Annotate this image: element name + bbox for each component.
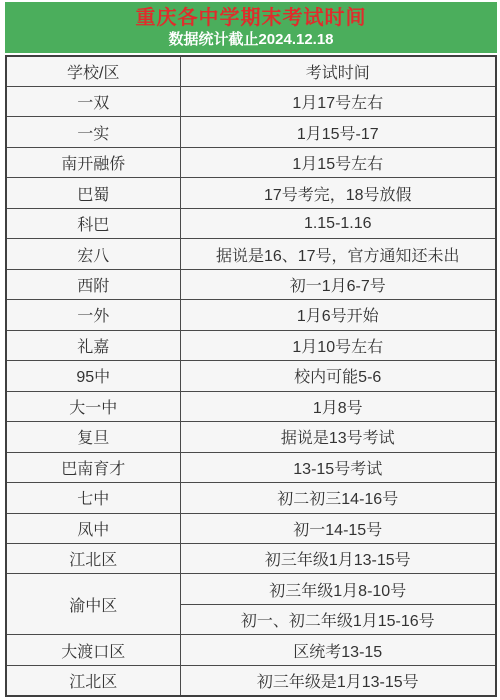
school-cell: 一双 xyxy=(6,86,180,116)
table-row: 凤中 初一14-15号 xyxy=(6,513,496,543)
table-row: 南开融侨 1月15号左右 xyxy=(6,147,496,177)
time-cell: 13-15号考试 xyxy=(180,452,496,482)
table-row: 一外 1月6号开始 xyxy=(6,300,496,330)
table-row: 江北区 初三年级1月13-15号 xyxy=(6,544,496,574)
table-row: 一实 1月15号-17 xyxy=(6,117,496,147)
time-cell: 据说是16、17号，官方通知还未出 xyxy=(180,239,496,269)
table-row: 大渡口区 区统考13-15 xyxy=(6,635,496,665)
table-row: 巴南育才 13-15号考试 xyxy=(6,452,496,482)
table-row: 礼嘉 1月10号左右 xyxy=(6,330,496,360)
time-cell: 初一1月6-7号 xyxy=(180,269,496,299)
school-cell: 大渡口区 xyxy=(6,635,180,665)
table-row: 宏八 据说是16、17号，官方通知还未出 xyxy=(6,239,496,269)
exam-table: 学校/区 考试时间 一双 1月17号左右 一实 1月15号-17 南开融侨 1月… xyxy=(5,55,497,697)
table-header-row: 学校/区 考试时间 xyxy=(6,56,496,86)
time-cell: 初三年级1月8-10号 xyxy=(180,574,496,604)
table-row: 大一中 1月8号 xyxy=(6,391,496,421)
time-cell: 初三年级是1月13-15号 xyxy=(180,665,496,696)
school-cell: 宏八 xyxy=(6,239,180,269)
table-row: 渝中区 初三年级1月8-10号 xyxy=(6,574,496,604)
table-row: 巴蜀 17号考完，18号放假 xyxy=(6,178,496,208)
table-row: 科巴 1.15-1.16 xyxy=(6,208,496,238)
page-subtitle: 数据统计截止2024.12.18 xyxy=(168,31,333,49)
school-cell: 江北区 xyxy=(6,544,180,574)
time-cell: 1月6号开始 xyxy=(180,300,496,330)
school-cell: 科巴 xyxy=(6,208,180,238)
time-cell: 区统考13-15 xyxy=(180,635,496,665)
page-title: 重庆各中学期末考试时间 xyxy=(136,6,367,31)
table-row: 西附 初一1月6-7号 xyxy=(6,269,496,299)
banner: 重庆各中学期末考试时间 数据统计截止2024.12.18 xyxy=(5,2,497,53)
table-row: 复旦 据说是13号考试 xyxy=(6,422,496,452)
time-column-header: 考试时间 xyxy=(180,56,496,86)
school-cell: 江北区 xyxy=(6,665,180,696)
time-cell: 初三年级1月13-15号 xyxy=(180,544,496,574)
school-cell: 一实 xyxy=(6,117,180,147)
school-cell: 渝中区 xyxy=(6,574,180,635)
school-cell: 巴南育才 xyxy=(6,452,180,482)
school-cell: 七中 xyxy=(6,483,180,513)
time-cell: 校内可能5-6 xyxy=(180,361,496,391)
time-cell: 1.15-1.16 xyxy=(180,208,496,238)
school-cell: 西附 xyxy=(6,269,180,299)
school-cell: 南开融侨 xyxy=(6,147,180,177)
time-cell: 初二初三14-16号 xyxy=(180,483,496,513)
school-cell: 一外 xyxy=(6,300,180,330)
school-cell: 礼嘉 xyxy=(6,330,180,360)
school-cell: 复旦 xyxy=(6,422,180,452)
table-row: 一双 1月17号左右 xyxy=(6,86,496,116)
table-row: 江北区 初三年级是1月13-15号 xyxy=(6,665,496,696)
time-cell: 1月8号 xyxy=(180,391,496,421)
time-cell: 17号考完，18号放假 xyxy=(180,178,496,208)
time-cell: 1月15号左右 xyxy=(180,147,496,177)
time-cell: 据说是13号考试 xyxy=(180,422,496,452)
school-cell: 95中 xyxy=(6,361,180,391)
time-cell: 初一14-15号 xyxy=(180,513,496,543)
time-cell: 1月17号左右 xyxy=(180,86,496,116)
school-cell: 凤中 xyxy=(6,513,180,543)
time-cell: 1月10号左右 xyxy=(180,330,496,360)
time-cell: 初一、初二年级1月15-16号 xyxy=(180,604,496,634)
table-row: 七中 初二初三14-16号 xyxy=(6,483,496,513)
school-column-header: 学校/区 xyxy=(6,56,180,86)
school-cell: 巴蜀 xyxy=(6,178,180,208)
table-row: 95中 校内可能5-6 xyxy=(6,361,496,391)
page: 重庆各中学期末考试时间 数据统计截止2024.12.18 学校/区 考试时间 一… xyxy=(0,0,500,700)
school-cell: 大一中 xyxy=(6,391,180,421)
time-cell: 1月15号-17 xyxy=(180,117,496,147)
